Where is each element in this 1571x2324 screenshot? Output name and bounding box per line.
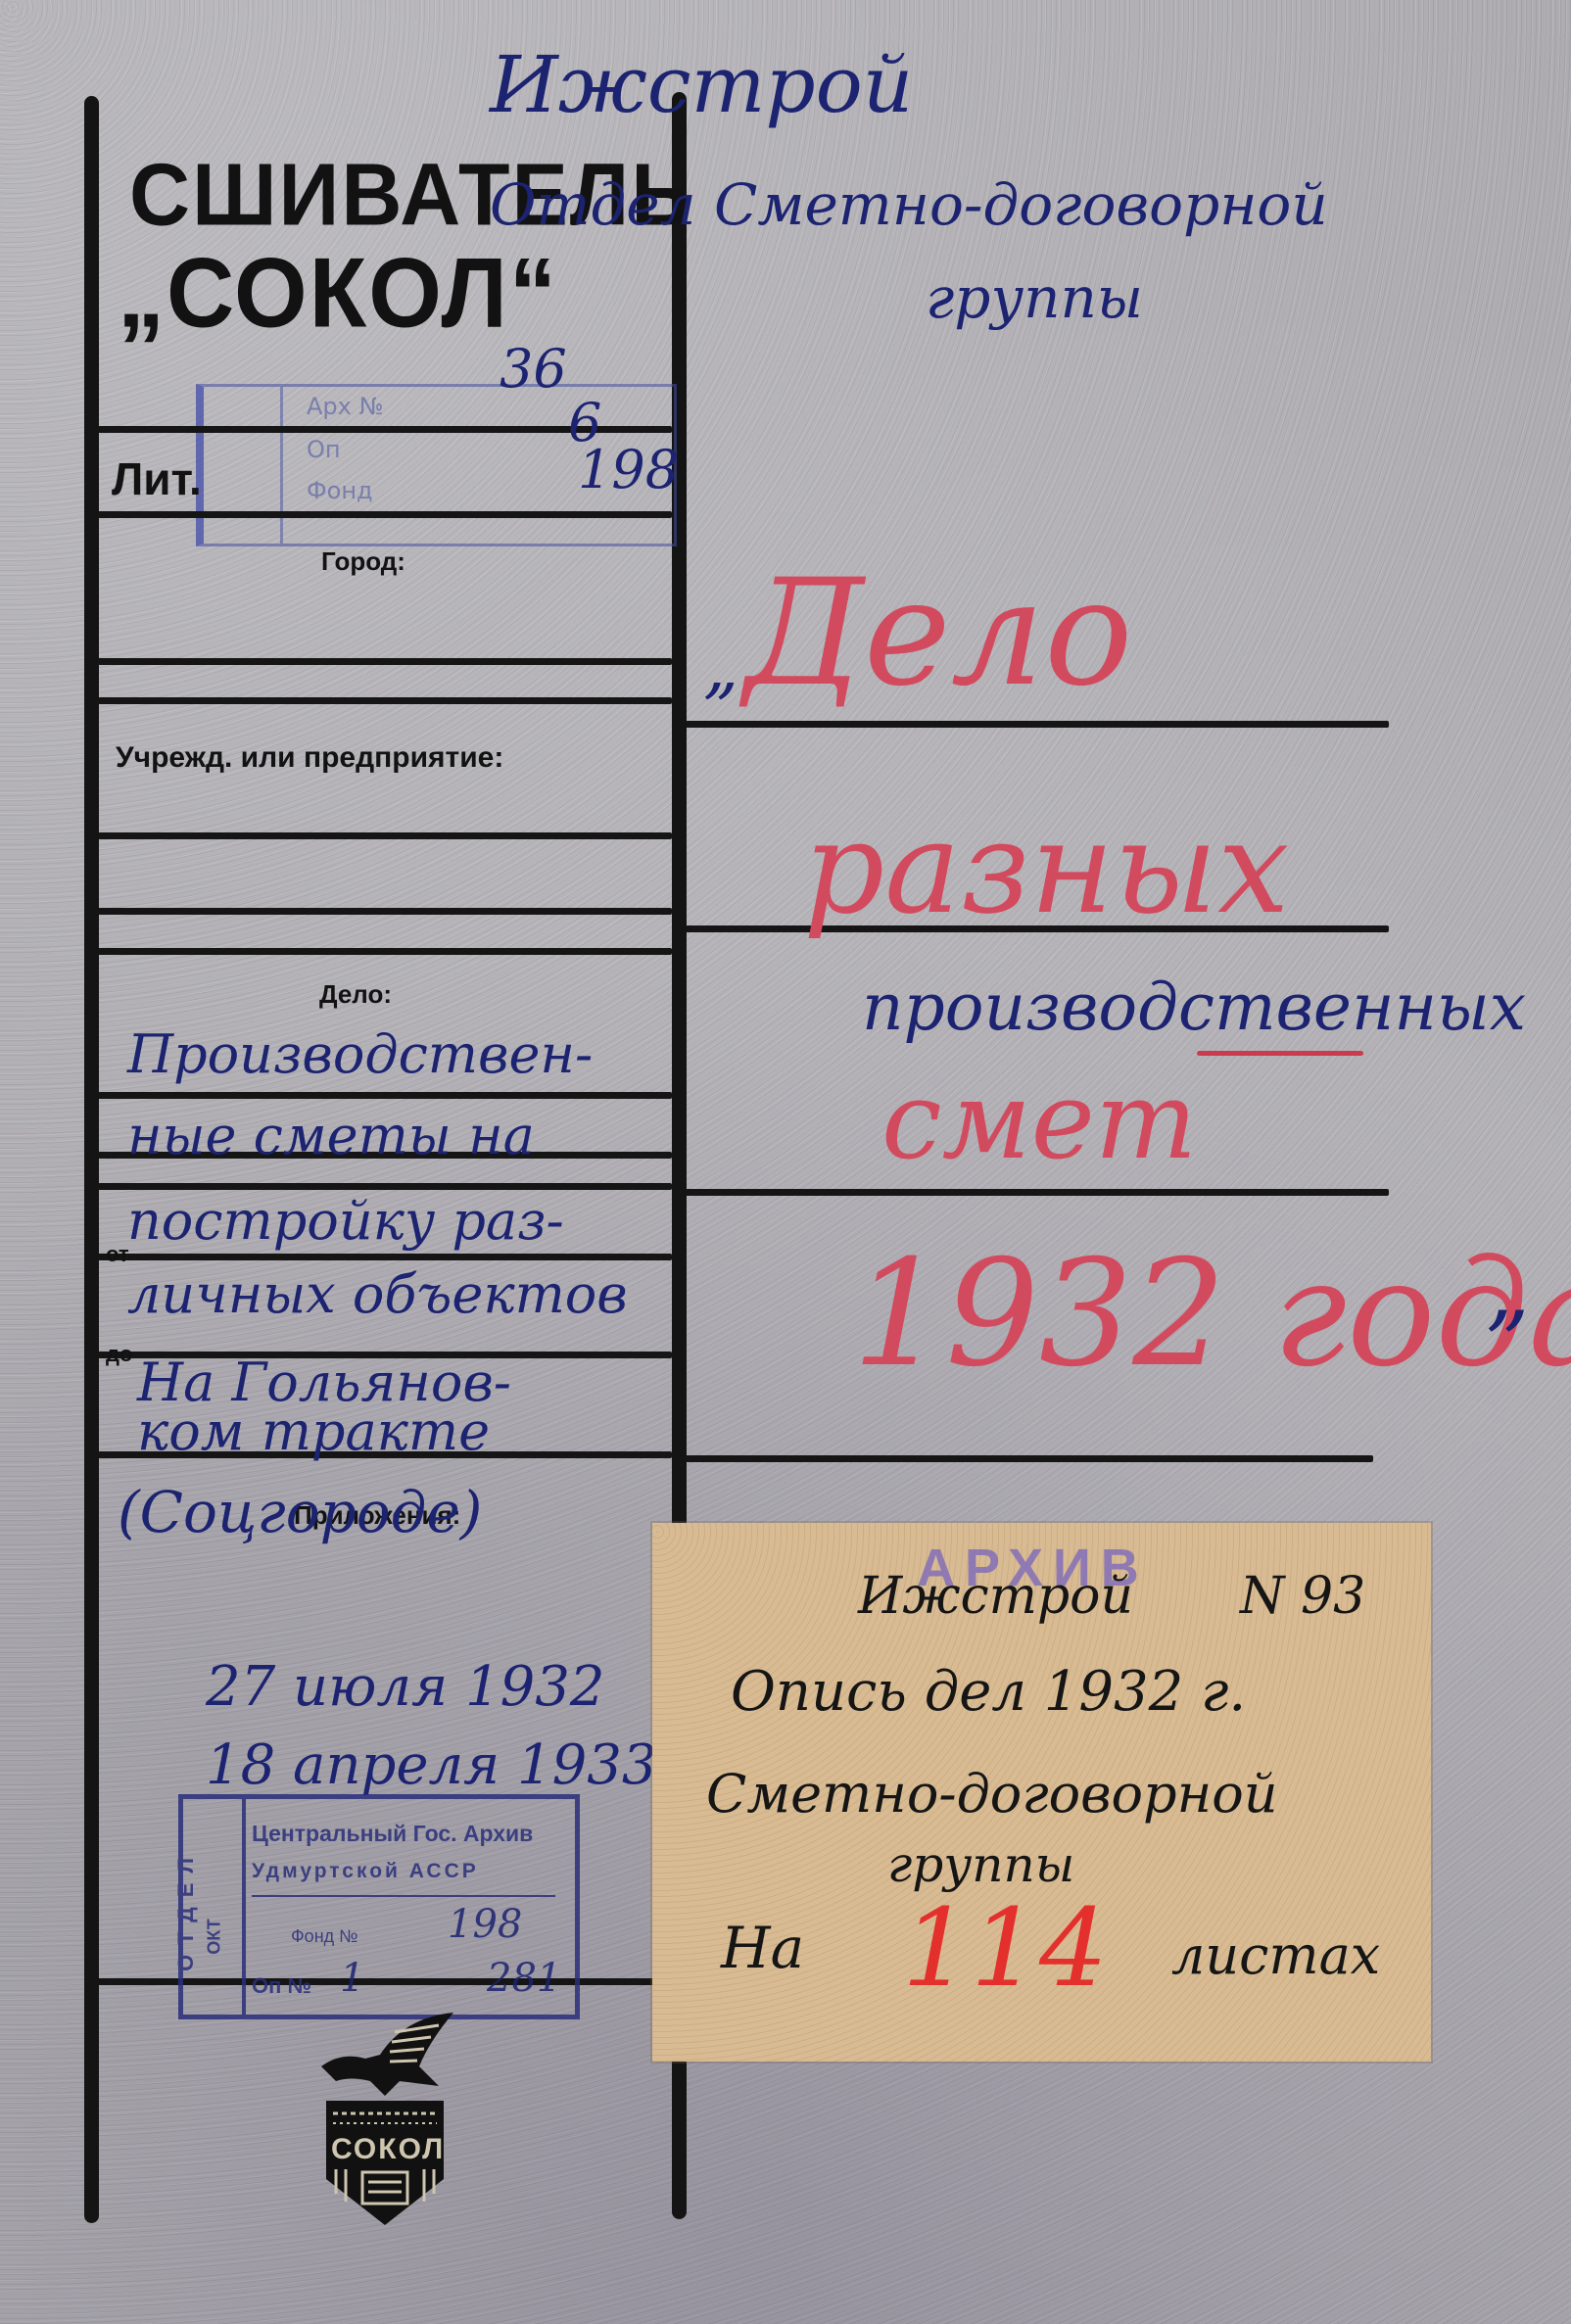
form-line [98,658,672,665]
falcon-icon [311,1998,458,2233]
opening-quote: „ [703,627,738,707]
handwritten-delo-line: ком тракте [137,1400,490,1462]
logo-text: СОКОЛ [331,2133,439,2166]
archive-inventory-sticker: АРХИВ Ижстрой N 93 Опись дел 1932 г. Сме… [652,1523,1431,2062]
archive-stamp-fond-label: Фонд № [291,1926,357,1947]
form-line [98,1183,672,1190]
handwritten-lit-number: 198 [578,439,679,500]
archive-stamp-line2: Удмуртской АССР [252,1860,479,1883]
archive-stamp-divider [252,1895,555,1897]
handwritten-date-to: 18 апреля 1933 [206,1733,657,1797]
handwritten-department: Отдел Сметно-договорной [490,171,1328,238]
form-line [98,1254,672,1260]
sticker-sheet-count: 114 [902,1885,1108,2011]
handwritten-delo-line: ные сметы на [127,1105,535,1166]
closing-quote: ” [1484,1293,1529,1396]
faint-stamp-line: Оп [307,436,341,463]
form-line [98,1092,672,1099]
sticker-inventory-line: Опись дел 1932 г. [731,1660,1246,1724]
handwritten-date-from: 27 июля 1932 [206,1655,604,1719]
handwritten-delo-line: личных объектов [127,1263,628,1325]
archive-stamp-side-text: ОКТ [205,1919,225,1954]
ot-label: от [106,1242,129,1267]
title-line [686,721,1389,728]
sticker-organization: Ижстрой [858,1567,1133,1626]
archive-stamp-op-value: 1 [340,1956,364,2001]
sokol-logo: СОКОЛ [311,1998,458,2233]
sticker-group-line: Сметно-договорной [706,1763,1277,1825]
gorod-label: Город: [321,546,405,577]
handwritten-organization: Ижстрой [490,39,913,130]
sticker-listah: листах [1171,1924,1380,1986]
delo-label: Дело: [319,979,392,1010]
brand-title-line2: „СОКОЛ“ [118,237,558,351]
do-label: до [106,1342,132,1367]
title-line [686,1455,1373,1462]
form-line [98,908,672,915]
sticker-number: N 93 [1240,1567,1365,1626]
faint-stamp-divider [280,387,283,544]
handwritten-delo-line: постройку раз- [127,1190,564,1252]
form-line [98,948,672,955]
folder-cover: СШИВАТЕЛЬ „СОКОЛ“ Арх № Оп Фонд Лит. Гор… [0,0,1571,2324]
archive-stamp-fond-value: 198 [448,1902,522,1947]
archive-stamp-side-text: ОТДЕЛ [173,1848,199,1971]
handwritten-title-raznyh: разных [803,793,1289,942]
handwritten-title-year: 1932 года [852,1229,1571,1399]
handwritten-group: группы [926,264,1143,331]
form-line [98,832,672,839]
handwritten-title-smet: смет [881,1058,1197,1183]
uchrezhd-label: Учрежд. или предприятие: [116,741,503,775]
handwritten-title-delo: Дело [744,548,1133,719]
red-underline [1197,1051,1363,1056]
handwritten-delo-line: (Соцгороде) [118,1479,482,1545]
title-line [686,1189,1389,1196]
faint-stamp-line: Арх № [307,393,383,420]
lit-label: Лит. [112,452,202,505]
left-vertical-rule [84,96,99,2223]
handwritten-lit-number: 36 [500,338,567,400]
archive-stamp-delo-value: 281 [487,1956,561,2001]
handwritten-title-proizvodstvennyh: производственных [862,970,1526,1045]
archive-stamp-line1: Центральный Гос. Архив [252,1821,533,1847]
faint-stamp-line: Фонд [307,477,373,504]
archive-stamp-op-label: Оп № [252,1973,311,1999]
handwritten-delo-line: Производствен- [127,1023,593,1085]
sticker-na: На [721,1915,804,1981]
form-line [98,511,672,518]
form-line [98,697,672,704]
archive-stamp: ОТДЕЛ ОКТ Центральный Гос. Архив Удмуртс… [178,1794,580,2019]
